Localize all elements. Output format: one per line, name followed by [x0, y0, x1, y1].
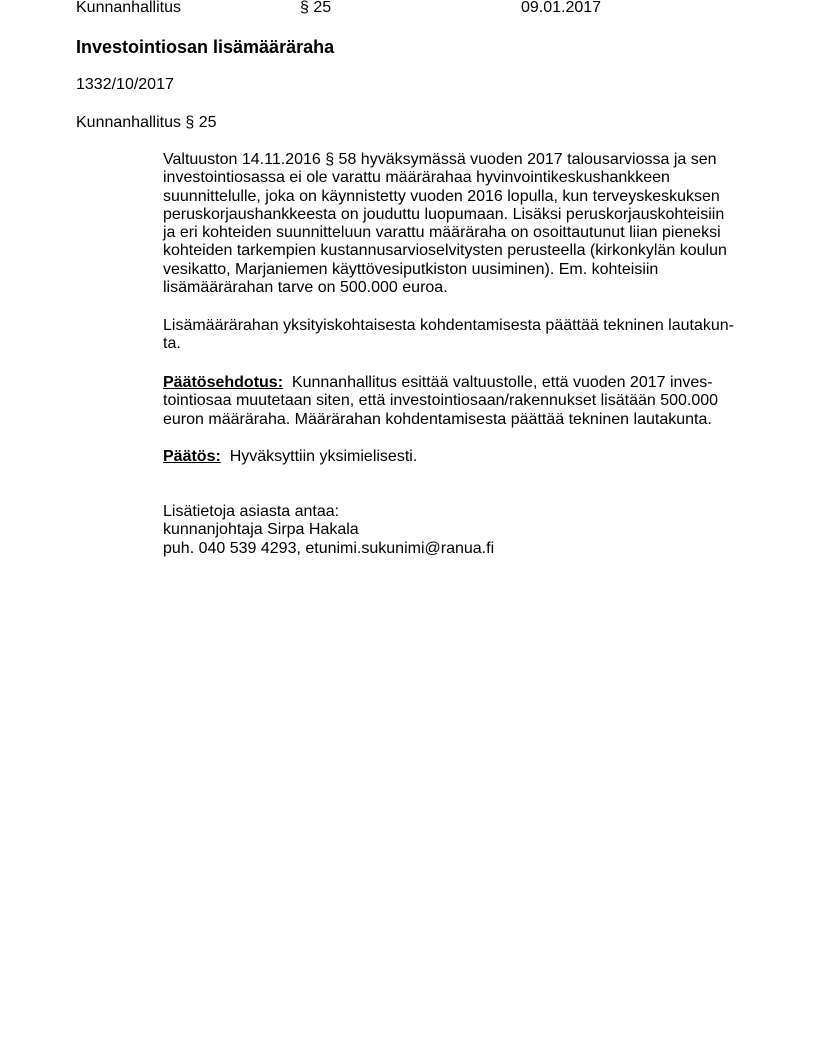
body-reference: Kunnanhallitus § 25: [76, 114, 217, 132]
header-section: § 25: [300, 0, 331, 17]
text-line: ta.: [163, 335, 753, 353]
text-line: kohteiden tarkempien kustannusarvioselvi…: [163, 242, 753, 260]
text-line: euron määräraha. Määrärahan kohdentamise…: [163, 411, 753, 429]
document-title: Investointiosan lisämääräraha: [76, 37, 334, 58]
text-line: tointiosaa muutetaan siten, että investo…: [163, 392, 753, 410]
contact-intro: Lisätietoja asiasta antaa:: [163, 503, 753, 521]
header-date: 09.01.2017: [521, 0, 601, 17]
contact-info: Lisätietoja asiasta antaa: kunnanjohtaja…: [163, 503, 753, 558]
text-line: suunnittelulle, joka on käynnistetty vuo…: [163, 188, 753, 206]
text-line: investointiosassa ei ole varattu määrära…: [163, 169, 753, 187]
text-line: peruskorjaushankkeesta on jouduttu luopu…: [163, 206, 753, 224]
diary-number: 1332/10/2017: [76, 76, 174, 94]
decision-proposal: Päätösehdotus: Kunnanhallitus esittää va…: [163, 374, 753, 429]
header-body-name: Kunnanhallitus: [76, 0, 181, 17]
text-line: Valtuuston 14.11.2016 § 58 hyväksymässä …: [163, 151, 753, 169]
contact-person: kunnanjohtaja Sirpa Hakala: [163, 521, 753, 539]
contact-details: puh. 040 539 4293, etunimi.sukunimi@ranu…: [163, 540, 753, 558]
paragraph-background: Valtuuston 14.11.2016 § 58 hyväksymässä …: [163, 151, 753, 297]
text-line: vesikatto, Marjaniemen käyttövesiputkist…: [163, 261, 753, 279]
paragraph-allocation: Lisämäärärahan yksityiskohtaisesta kohde…: [163, 317, 753, 354]
text-line: Kunnanhallitus esittää valtuustolle, ett…: [292, 374, 713, 391]
proposal-label: Päätösehdotus:: [163, 374, 283, 391]
text-line: ja eri kohteiden suunnitteluun varattu m…: [163, 224, 753, 242]
text-line: Lisämäärärahan yksityiskohtaisesta kohde…: [163, 317, 753, 335]
text-line: lisämäärärahan tarve on 500.000 euroa.: [163, 279, 753, 297]
decision: Päätös: Hyväksyttiin yksimielisesti.: [163, 448, 753, 466]
decision-text: Hyväksyttiin yksimielisesti.: [230, 448, 418, 465]
decision-label: Päätös:: [163, 448, 221, 465]
